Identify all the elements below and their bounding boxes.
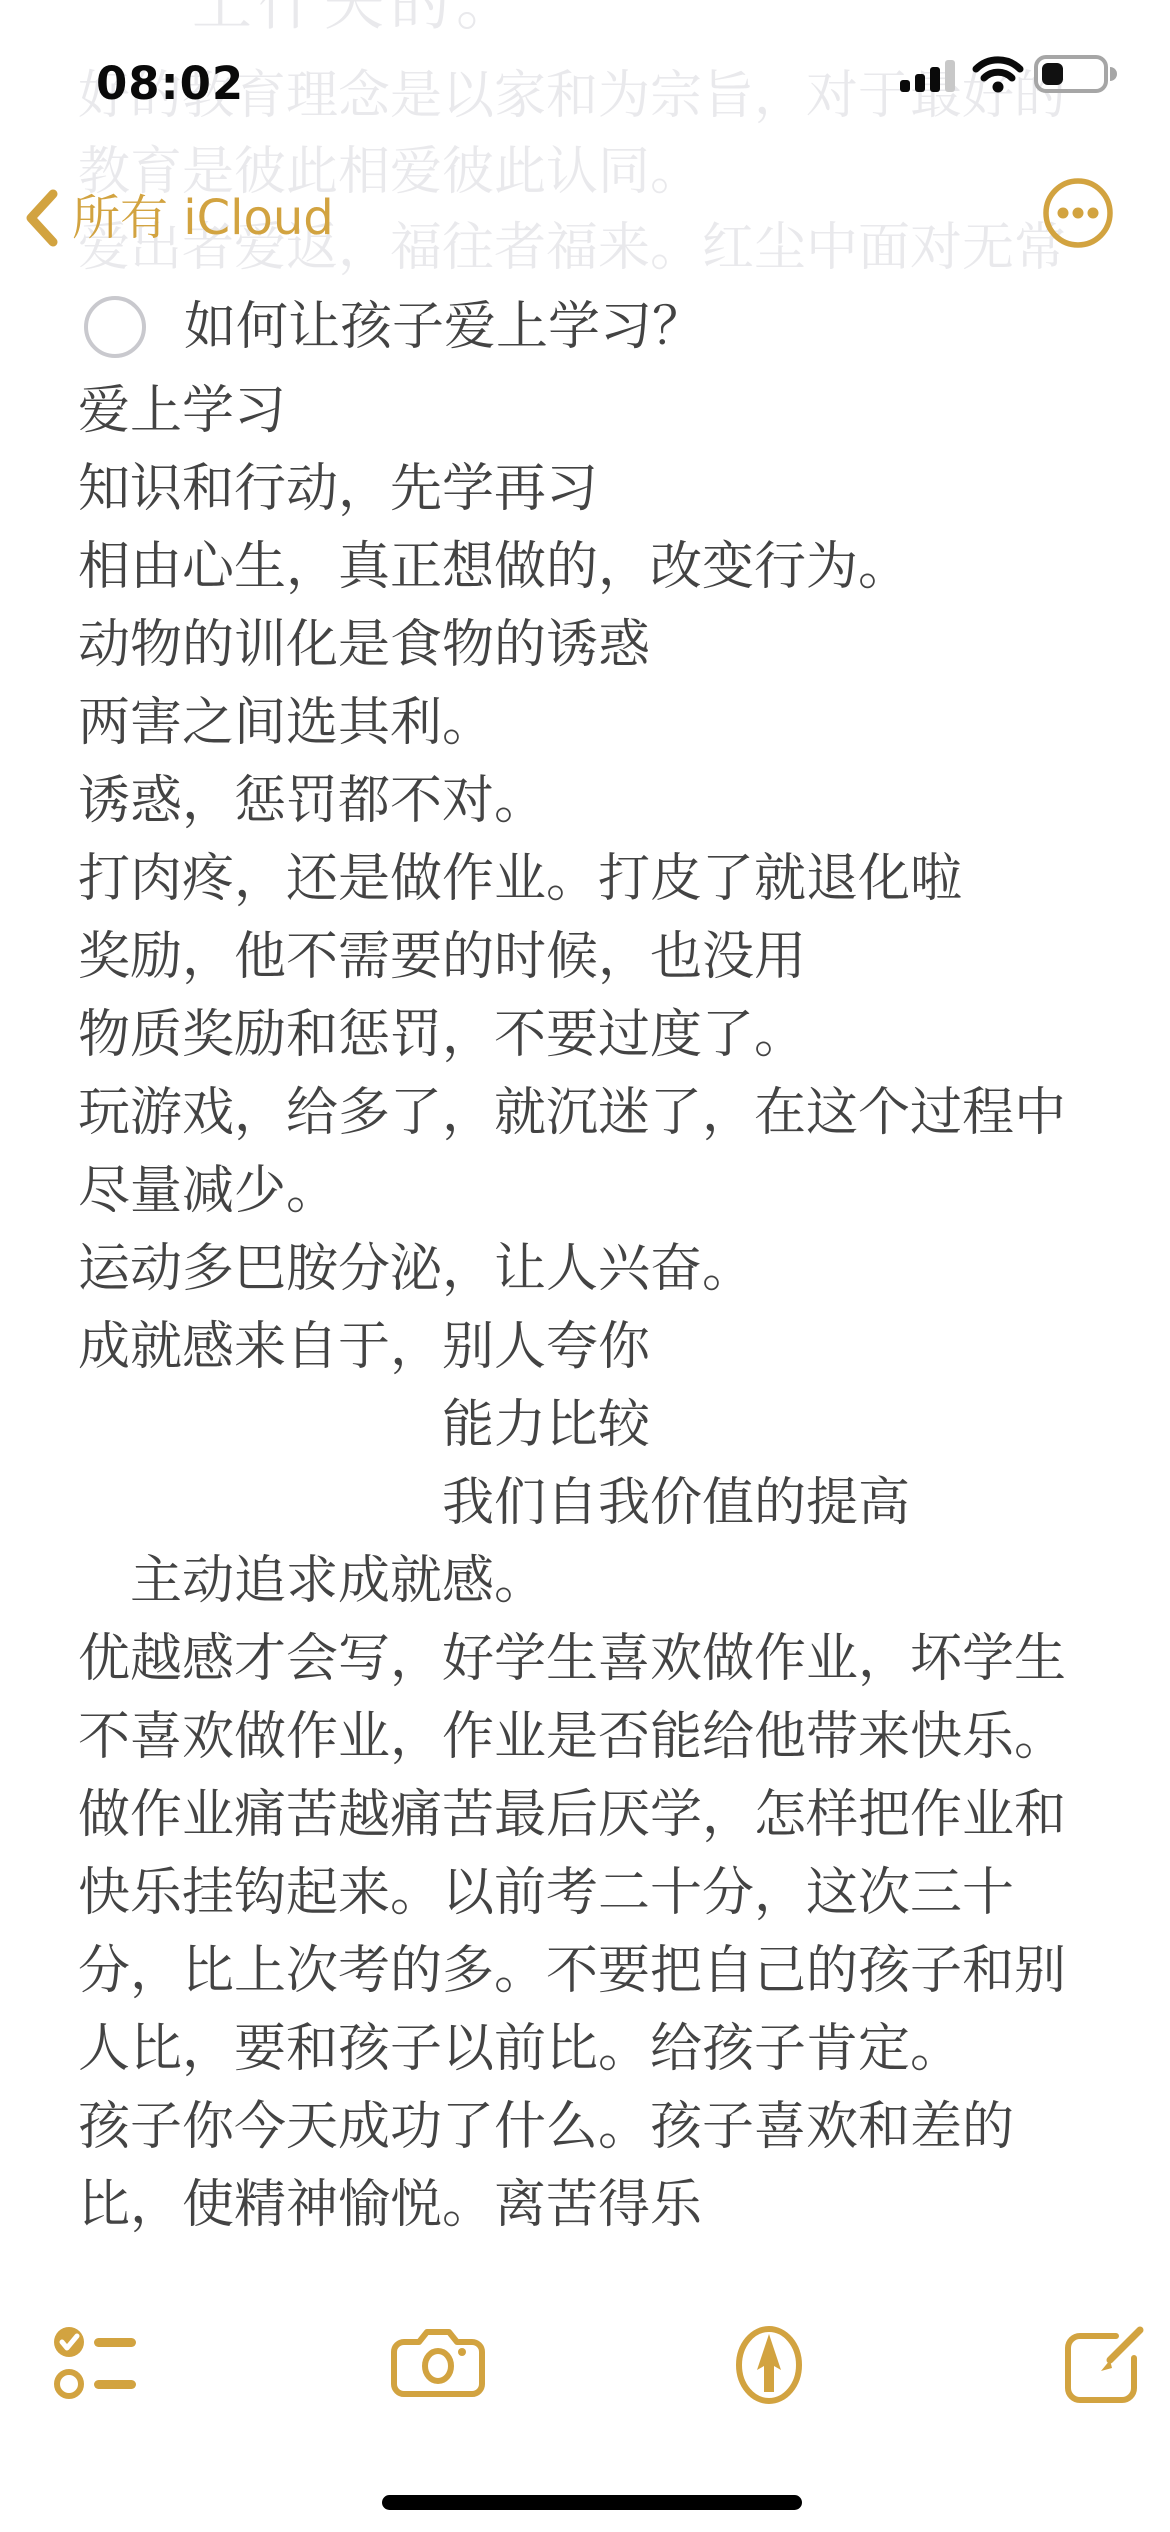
markup-button[interactable]	[733, 2322, 805, 2408]
note-line[interactable]: 孩子你今天成功了什么。孩子喜欢和差的	[78, 2088, 1160, 2166]
note-line[interactable]: 诱惑，惩罚都不对。	[78, 762, 1160, 840]
note-line[interactable]: 分，比上次考的多。不要把自己的孩子和别	[78, 1932, 1160, 2010]
note-line[interactable]: 爱上学习	[78, 372, 1160, 450]
compose-button[interactable]	[1058, 2324, 1146, 2406]
bottom-toolbar	[0, 2318, 1170, 2418]
checklist-checkbox[interactable]	[84, 296, 146, 358]
note-body[interactable]: 爱上学习 知识和行动，先学再习 相由心生，真正想做的，改变行为。 动物的训化是食…	[78, 372, 1160, 2244]
camera-button[interactable]	[390, 2328, 486, 2398]
note-line[interactable]: 不喜欢做作业，作业是否能给他带来快乐。	[78, 1698, 1160, 1776]
note-line[interactable]: 玩游戏，给多了，就沉迷了，在这个过程中	[78, 1074, 1160, 1152]
note-line[interactable]: 打肉疼，还是做作业。打皮了就退化啦	[78, 840, 1160, 918]
note-line[interactable]: 物质奖励和惩罚，不要过度了。	[78, 996, 1160, 1074]
back-button[interactable]: 所有 iCloud	[24, 188, 334, 248]
note-title[interactable]: 如何让孩子爱上学习？	[184, 292, 704, 362]
cellular-signal-icon	[900, 58, 962, 92]
note-line[interactable]: 运动多巴胺分泌，让人兴奋。	[78, 1230, 1160, 1308]
chevron-left-icon	[24, 189, 58, 247]
note-line[interactable]: 两害之间选其利。	[78, 684, 1160, 762]
checklist-icon	[52, 2326, 138, 2404]
note-line[interactable]: 尽量减少。	[78, 1152, 1160, 1230]
note-line[interactable]: 动物的训化是食物的诱惑	[78, 606, 1160, 684]
checklist-button[interactable]	[52, 2326, 138, 2404]
notes-app-screen: 上什夫的。 好的教育理念是以家和为宗旨，对于最好的 教育是彼此相爱彼此认同。 爱…	[0, 0, 1170, 2532]
note-line[interactable]: 优越感才会写，好学生喜欢做作业，坏学生	[78, 1620, 1160, 1698]
battery-icon	[1034, 54, 1118, 94]
markup-pen-icon	[733, 2322, 805, 2408]
note-line[interactable]: 比，使精神愉悦。离苦得乐	[78, 2166, 1160, 2244]
camera-icon	[390, 2328, 486, 2398]
note-line[interactable]: 做作业痛苦越痛苦最后厌学，怎样把作业和	[78, 1776, 1160, 1854]
back-button-label: 所有 iCloud	[72, 188, 334, 248]
note-line[interactable]: 相由心生，真正想做的，改变行为。	[78, 528, 1160, 606]
note-line[interactable]: 奖励，他不需要的时候，也没用	[78, 918, 1160, 996]
ellipsis-circle-icon	[1041, 176, 1115, 250]
note-line[interactable]: 快乐挂钩起来。以前考二十分，这次三十	[78, 1854, 1160, 1932]
note-line[interactable]: 主动追求成就感。	[78, 1542, 1160, 1620]
note-line[interactable]: 我们自我价值的提高	[78, 1464, 1160, 1542]
wifi-icon	[972, 54, 1024, 94]
checklist-item-row: 如何让孩子爱上学习？	[84, 292, 704, 362]
note-line[interactable]: 成就感来自于，别人夸你	[78, 1308, 1160, 1386]
more-options-button[interactable]	[1041, 176, 1115, 250]
home-indicator[interactable]	[382, 2495, 802, 2510]
note-line[interactable]: 人比，要和孩子以前比。给孩子肯定。	[78, 2010, 1160, 2088]
note-line[interactable]: 知识和行动，先学再习	[78, 450, 1160, 528]
faded-note-line: 上什夫的。	[192, 0, 522, 34]
note-line[interactable]: 能力比较	[78, 1386, 1160, 1464]
compose-icon	[1058, 2324, 1146, 2406]
status-time: 08:02	[96, 57, 244, 110]
